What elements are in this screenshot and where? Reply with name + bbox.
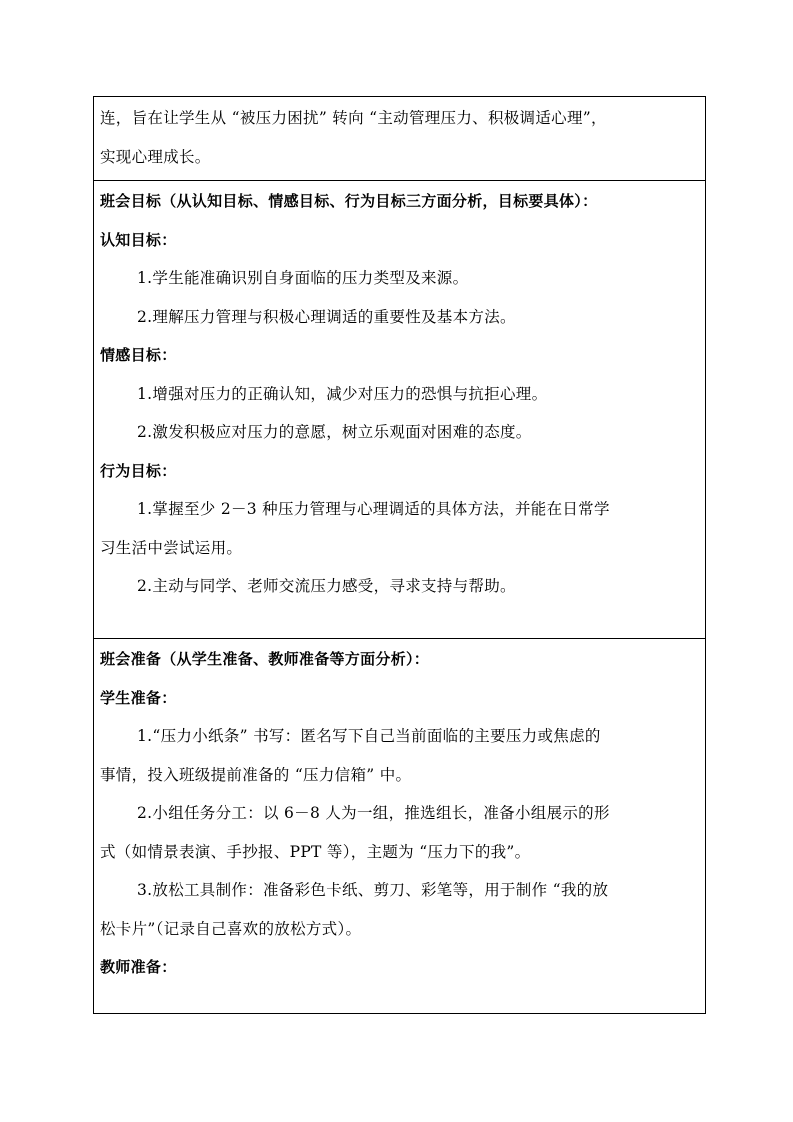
goals-cell: 班会目标（从认知目标、情感目标、行为目标三方面分析，目标要具体）： 认知目标： … xyxy=(94,180,705,638)
student-prep-item: 2.小组任务分工：以 6－8 人为一组，推选组长，准备小组展示的形 xyxy=(100,794,699,833)
lesson-plan-table: 连，旨在让学生从 “被压力困扰” 转向 “主动管理压力、积极调适心理”， 实现心… xyxy=(93,96,706,1014)
cognitive-goal-item: 2.理解压力管理与积极心理调适的重要性及基本方法。 xyxy=(100,298,699,337)
goals-heading: 班会目标（从认知目标、情感目标、行为目标三方面分析，目标要具体）： xyxy=(100,182,699,221)
cognitive-goal-item: 1.学生能准确识别自身面临的压力类型及来源。 xyxy=(100,259,699,298)
student-prep-item-continued: 松卡片”（记录自己喜欢的放松方式）。 xyxy=(100,910,699,949)
preparation-cell: 班会准备（从学生准备、教师准备等方面分析）： 学生准备： 1.“压力小纸条” 书… xyxy=(94,638,705,1013)
preparation-heading: 班会准备（从学生准备、教师准备等方面分析）： xyxy=(100,640,699,679)
emotional-goals-title: 情感目标： xyxy=(100,336,699,375)
student-prep-item-continued: 事情，投入班级提前准备的 “压力信箱” 中。 xyxy=(100,756,699,795)
intro-continuation-cell: 连，旨在让学生从 “被压力困扰” 转向 “主动管理压力、积极调适心理”， 实现心… xyxy=(94,97,705,180)
behavioral-goal-item: 2.主动与同学、老师交流压力感受，寻求支持与帮助。 xyxy=(100,567,699,606)
student-prep-title: 学生准备： xyxy=(100,679,699,718)
behavioral-goal-item-continued: 习生活中尝试运用。 xyxy=(100,529,699,568)
paragraph-line: 实现心理成长。 xyxy=(100,138,699,177)
emotional-goal-item: 1.增强对压力的正确认知，减少对压力的恐惧与抗拒心理。 xyxy=(100,375,699,414)
emotional-goal-item: 2.激发积极应对压力的意愿，树立乐观面对困难的态度。 xyxy=(100,413,699,452)
student-prep-item-continued: 式（如情景表演、手抄报、PPT 等），主题为 “压力下的我”。 xyxy=(100,833,699,872)
student-prep-item: 1.“压力小纸条” 书写：匿名写下自己当前面临的主要压力或焦虑的 xyxy=(100,717,699,756)
cognitive-goals-title: 认知目标： xyxy=(100,221,699,260)
teacher-prep-title: 教师准备： xyxy=(100,948,699,987)
behavioral-goal-item: 1.掌握至少 2－3 种压力管理与心理调适的具体方法，并能在日常学 xyxy=(100,490,699,529)
student-prep-item: 3.放松工具制作：准备彩色卡纸、剪刀、彩笔等，用于制作 “我的放 xyxy=(100,871,699,910)
behavioral-goals-title: 行为目标： xyxy=(100,452,699,491)
paragraph-line: 连，旨在让学生从 “被压力困扰” 转向 “主动管理压力、积极调适心理”， xyxy=(100,99,699,138)
